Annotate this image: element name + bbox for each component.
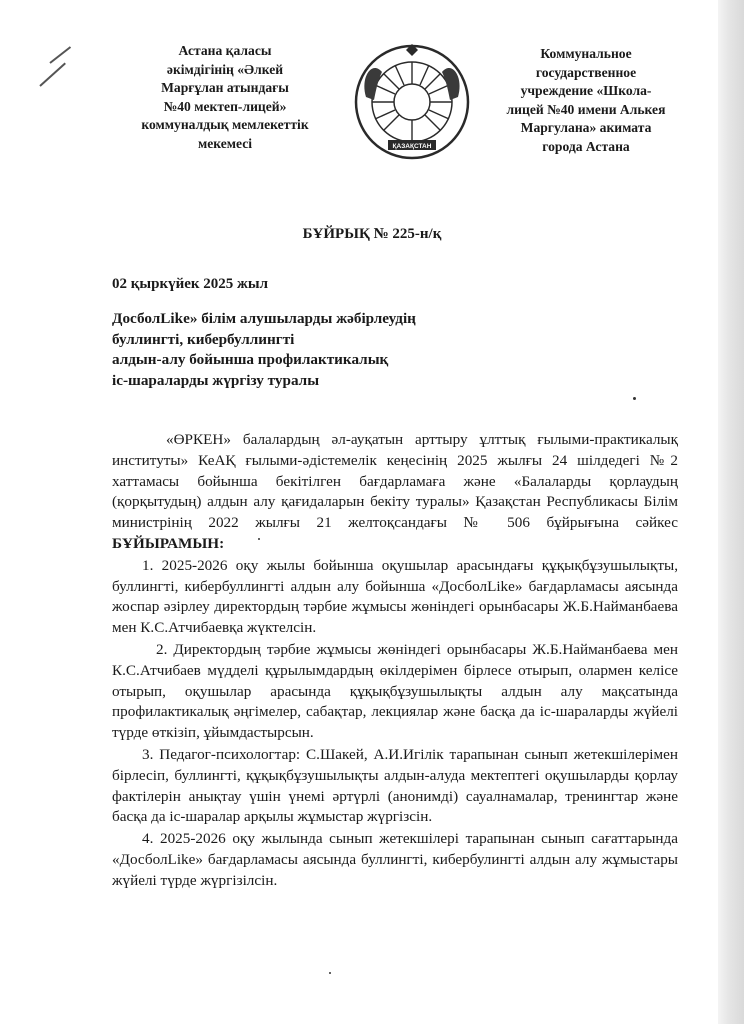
document-title: БҰЙРЫҚ № 225-н/қ [0,226,744,243]
org-name-russian: Коммунальное государственное учреждение … [480,45,692,157]
subject-line: алдын-алу бойынша профилактикалық [112,350,572,371]
org-line: әкімдігінің «Әлкей [112,61,338,80]
svg-text:ҚАЗАҚСТАН: ҚАЗАҚСТАН [393,143,432,150]
order-item-2: 2. Директордың тәрбие жұмысы жөніндегі о… [112,640,678,744]
order-item-4: 4. 2025-2026 оқу жылында сынып жетекшіле… [112,829,678,891]
preamble-paragraph: «ӨРКЕН» балалардың әл-ауқатын арттыру ұл… [112,430,678,555]
org-line: Марғұлан атындағы [112,79,338,98]
document-body: «ӨРКЕН» балалардың әл-ауқатын арттыру ұл… [112,430,678,892]
order-item-3: 3. Педагог-психологтар: С.Шакей, А.И.Игі… [112,745,678,828]
document-date: 02 қыркүйек 2025 жыл [112,276,268,293]
org-line: учреждение «Школа- [480,82,692,101]
document-subject: ДосболLike» білім алушыларды жәбірлеудің… [112,309,572,391]
subject-line: ДосболLike» білім алушыларды жәбірлеудің [112,309,572,330]
org-line: №40 мектеп-лицей» [112,98,338,117]
subject-line: іс-шараларды жүргізу туралы [112,371,572,392]
org-line: города Астана [480,138,692,157]
org-line: коммуналдық мемлекеттік [112,116,338,135]
org-line: Коммунальное [480,45,692,64]
org-line: лицей №40 имени Алькея [480,101,692,120]
letterhead: Астана қаласы әкімдігінің «Әлкей Марғұла… [0,42,744,172]
preamble-text: «ӨРКЕН» балалардың әл-ауқатын арттыру ұл… [112,431,678,531]
order-item-1: 1. 2025-2026 оқу жылы бойынша оқушылар а… [112,556,678,639]
order-word: БҰЙЫРАМЫН: [112,535,224,552]
scan-speck [329,972,331,974]
scan-speck [633,397,636,400]
state-emblem-kazakhstan-icon: ҚАЗАҚСТАН [352,42,472,162]
org-line: государственное [480,64,692,83]
org-name-kazakh: Астана қаласы әкімдігінің «Әлкей Марғұла… [112,42,338,154]
org-line: мекемесі [112,135,338,154]
subject-line: буллингті, кибербуллингті [112,330,572,351]
org-line: Астана қаласы [112,42,338,61]
org-line: Маргулана» акимата [480,119,692,138]
